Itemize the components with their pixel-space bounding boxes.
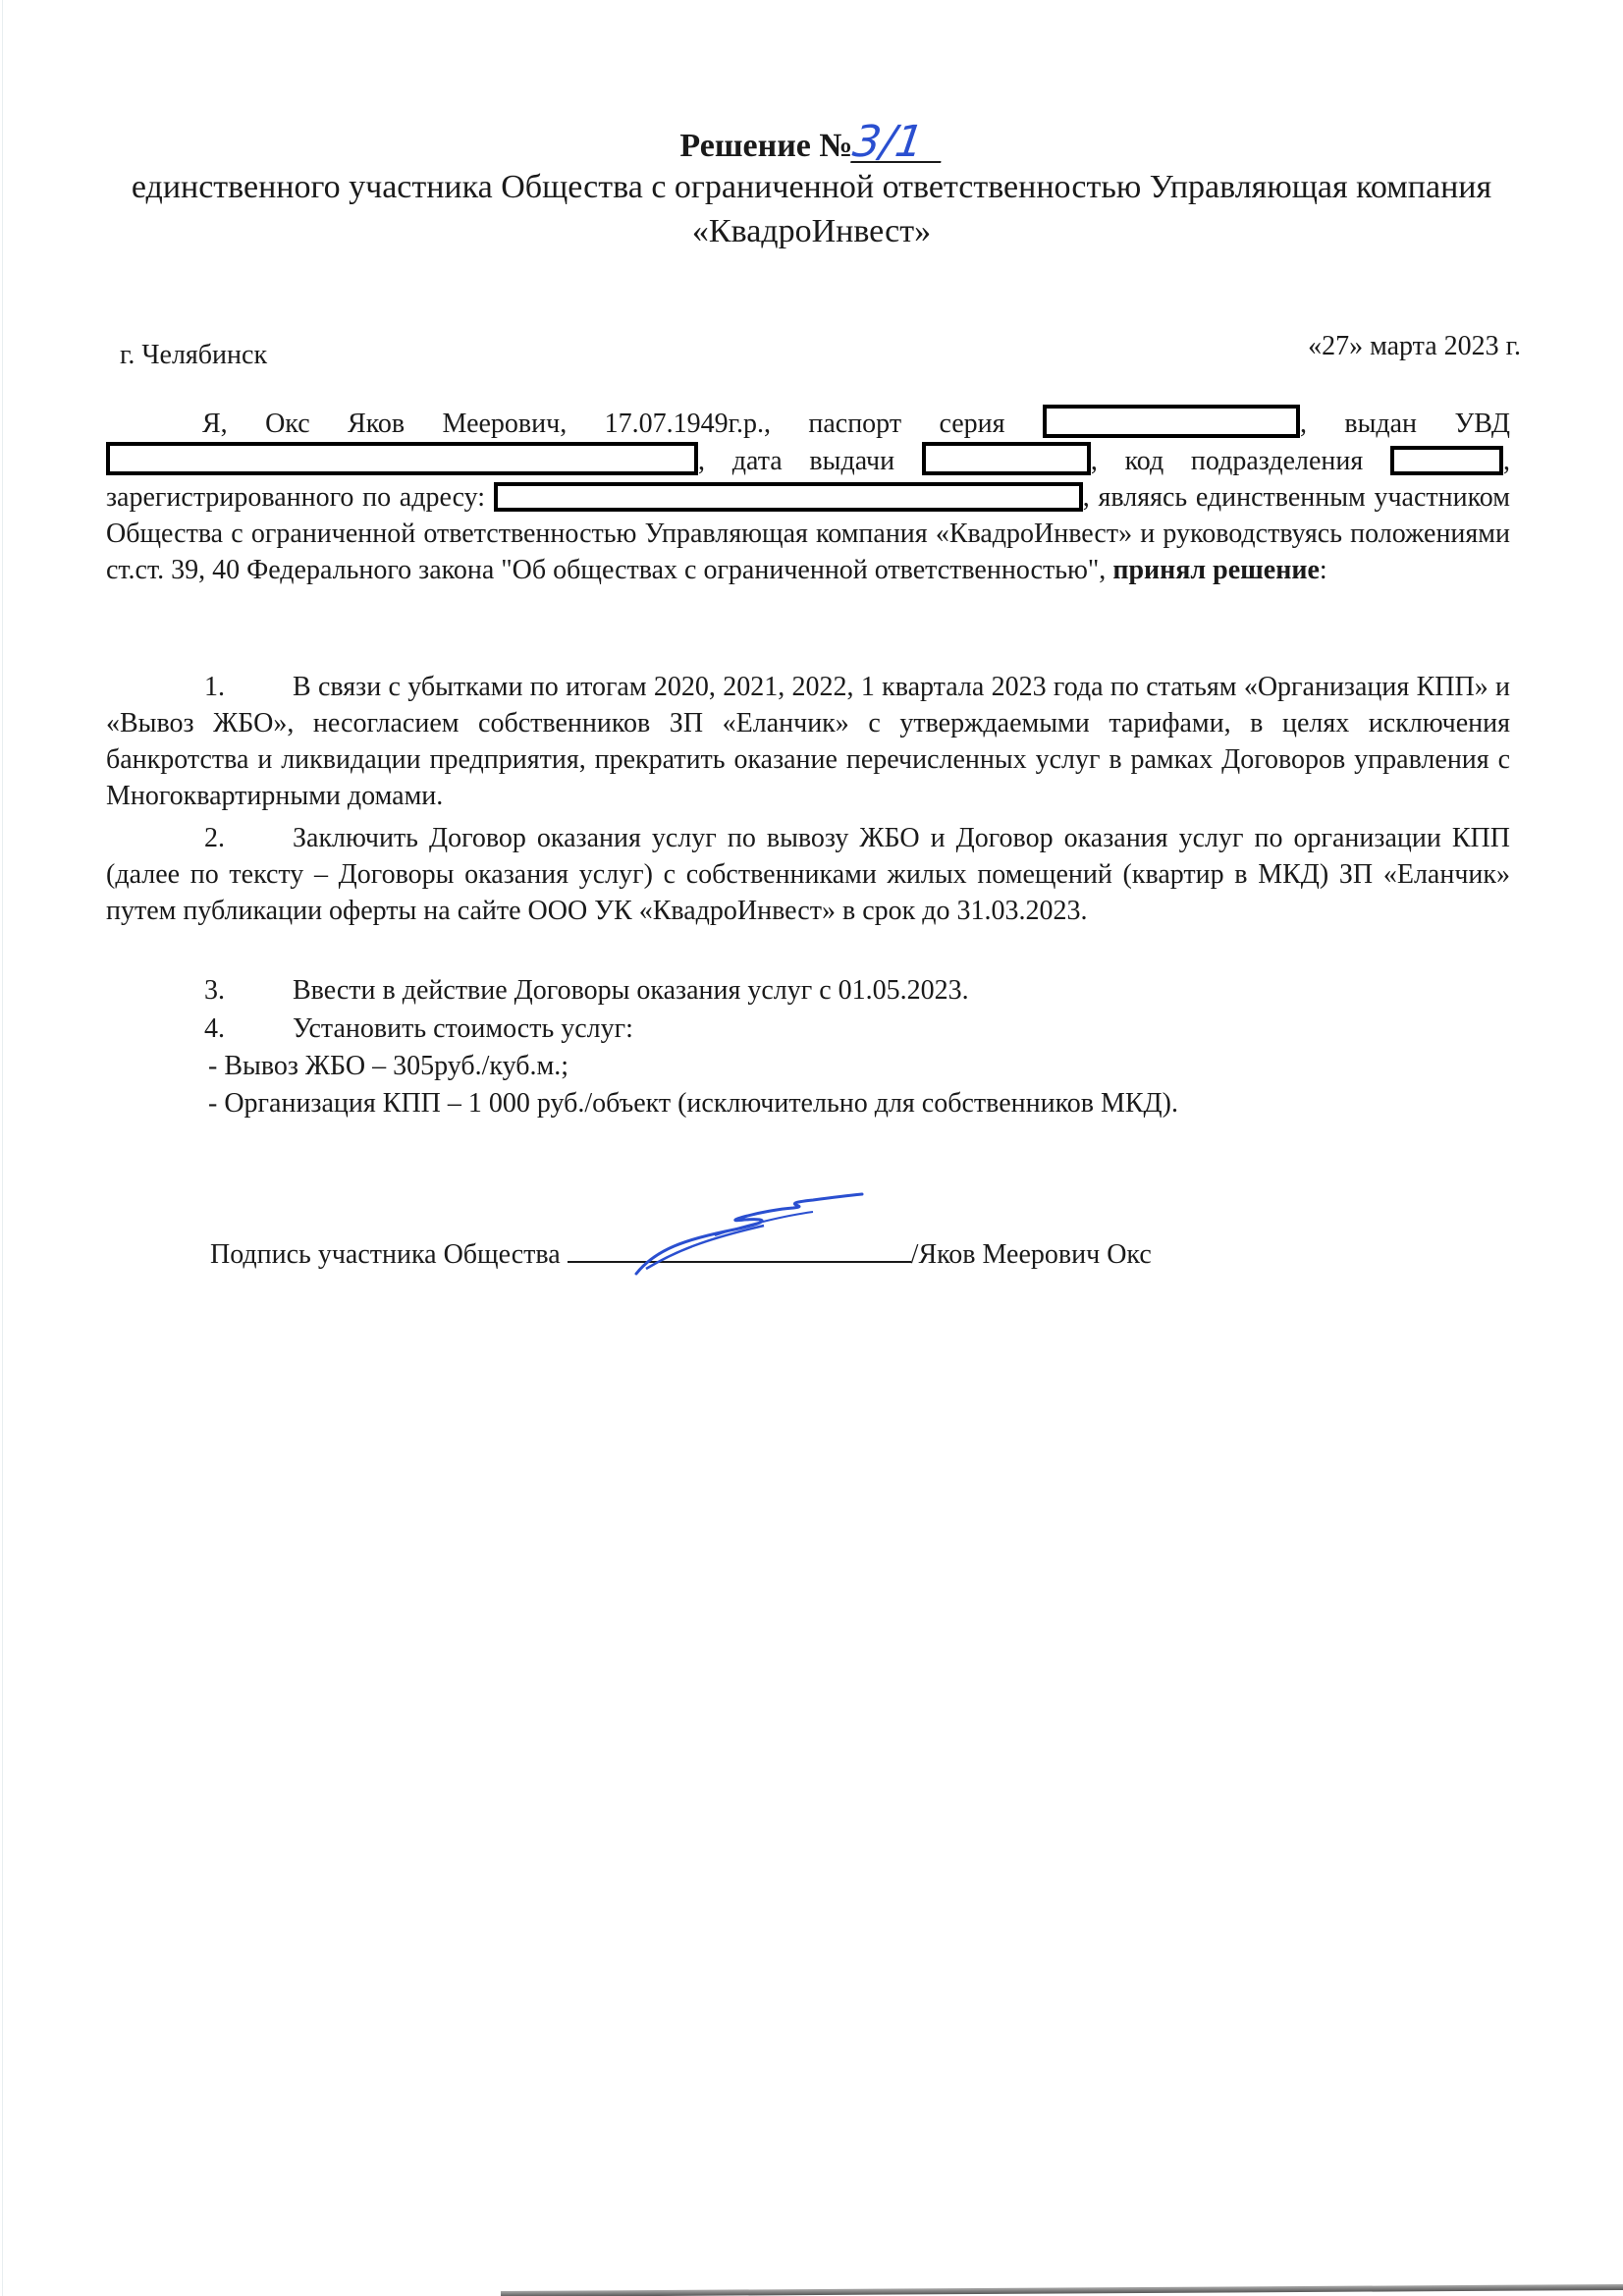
redacted-division-code bbox=[1390, 446, 1503, 475]
signature-label: Подпись участника Общества bbox=[210, 1239, 568, 1270]
city: г. Челябинск bbox=[120, 340, 267, 371]
signature-scribble-icon bbox=[617, 1190, 872, 1279]
intro-text: , выдан УВД bbox=[1300, 409, 1510, 439]
intro-paragraph: Я, Окс Яков Меерович, 17.07.1949г.р., па… bbox=[106, 405, 1510, 588]
signature-block: Подпись участника Общества /Яков Меерови… bbox=[210, 1239, 1152, 1271]
item-number: 1. bbox=[204, 669, 293, 705]
intro-end: : bbox=[1320, 555, 1327, 585]
signature-line bbox=[568, 1239, 911, 1263]
item-number: 2. bbox=[204, 820, 293, 856]
list-item: 1.В связи с убытками по итогам 2020, 202… bbox=[106, 669, 1510, 814]
redacted-address bbox=[494, 482, 1083, 512]
item-number: 4. bbox=[204, 1011, 293, 1047]
list-item: 3.Ввести в действие Договоры оказания ус… bbox=[106, 972, 1510, 1009]
scan-bottom-edge bbox=[501, 2284, 1623, 2296]
title-prefix: Решение № bbox=[679, 128, 852, 164]
scan-left-edge bbox=[2, 0, 3, 2296]
decision-bold: принял решение bbox=[1112, 555, 1320, 585]
handwritten-number: 3/1 bbox=[850, 124, 947, 163]
item-text: Ввести в действие Договоры оказания услу… bbox=[293, 975, 969, 1006]
signer-name: /Яков Меерович Окс bbox=[911, 1239, 1152, 1270]
intro-text: , код подразделения bbox=[1091, 446, 1390, 476]
redacted-issuer bbox=[106, 442, 698, 475]
document-page: Решение №3/1 единственного участника Общ… bbox=[0, 0, 1623, 2296]
price-line: - Организация КПП – 1 000 руб./объект (и… bbox=[208, 1085, 1612, 1121]
intro-text: , дата выдачи bbox=[698, 446, 922, 476]
document-subtitle: единственного участника Общества с огран… bbox=[98, 165, 1525, 253]
price-line: - Вывоз ЖБО – 305руб./куб.м.; bbox=[208, 1048, 1612, 1084]
document-date: «27» марта 2023 г. bbox=[1308, 331, 1521, 362]
item-text: Установить стоимость услуг: bbox=[293, 1013, 633, 1044]
list-item: 2.Заключить Договор оказания услуг по вы… bbox=[106, 820, 1510, 929]
item-text: Заключить Договор оказания услуг по выво… bbox=[106, 823, 1510, 926]
document-title: Решение №3/1 bbox=[0, 124, 1623, 165]
intro-text: Я, Окс Яков Меерович, 17.07.1949г.р., па… bbox=[202, 409, 1043, 439]
redacted-passport-series bbox=[1043, 405, 1300, 438]
item-text: В связи с убытками по итогам 2020, 2021,… bbox=[106, 672, 1510, 811]
item-number: 3. bbox=[204, 972, 293, 1009]
list-item: 4.Установить стоимость услуг: bbox=[106, 1011, 1510, 1047]
redacted-issue-date bbox=[922, 442, 1091, 475]
